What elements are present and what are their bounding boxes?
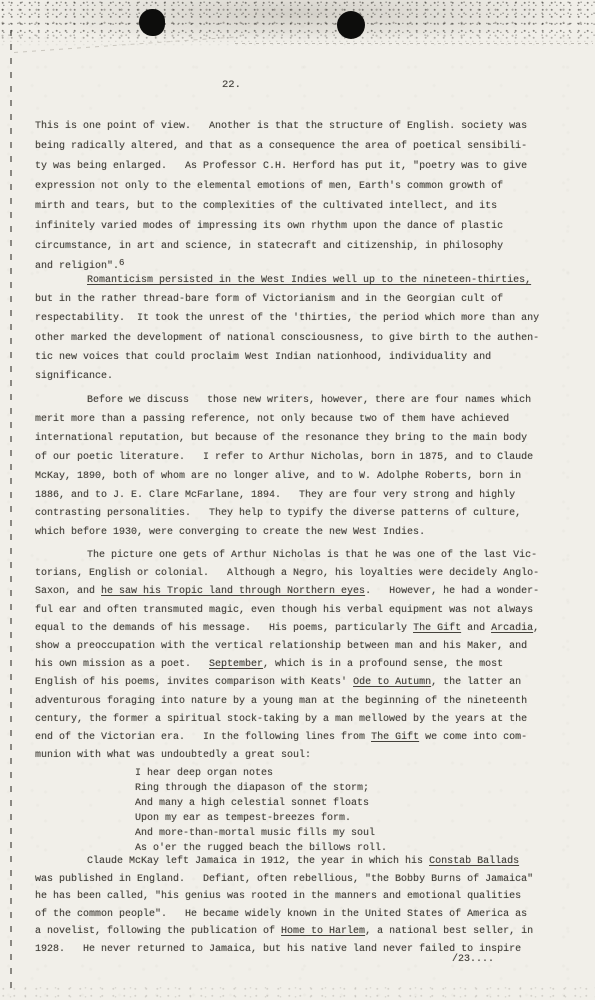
text-segment: end of the Victorian era. In the followi…	[35, 732, 371, 743]
paragraph: Romanticism persisted in the West Indies…	[35, 271, 552, 386]
text-segment: his own mission as a poet.	[35, 659, 209, 670]
text-line: Upon my ear as tempest-breezes form.	[135, 811, 595, 826]
text-segment: And many a high celestial sonnet floats	[135, 798, 369, 809]
underlined-text: The Gift	[371, 732, 419, 743]
paragraph: The picture one gets of Arthur Nicholas …	[35, 547, 552, 765]
text-line: century, the former a spiritual stock-ta…	[35, 711, 552, 729]
text-segment: expression not only to the elemental emo…	[35, 181, 503, 192]
text-line: mirth and tears, but to the complexities…	[35, 197, 552, 217]
text-segment: and	[461, 623, 491, 634]
page-number: 22.	[222, 79, 241, 91]
text-segment: This is one point of view. Another is th…	[35, 121, 527, 132]
text-segment: ,	[533, 623, 539, 634]
text-segment: respectability. It took the unrest of th…	[35, 313, 539, 324]
text-segment: Before we discuss those new writers, how…	[87, 395, 531, 406]
text-segment: international reputation, but because of…	[35, 433, 527, 444]
text-segment: of the common people". He became widely …	[35, 909, 527, 920]
text-segment: munion with what was undoubtedly a great…	[35, 750, 311, 761]
paragraph: This is one point of view. Another is th…	[35, 117, 552, 277]
text-line: was published in England. Defiant, often…	[35, 871, 552, 889]
underlined-text: Constab Ballads	[429, 856, 519, 867]
text-line: international reputation, but because of…	[35, 430, 552, 449]
page-edge-line-horizontal	[235, 43, 593, 44]
text-segment: The picture one gets of Arthur Nicholas …	[87, 550, 537, 561]
paragraph: Claude McKay left Jamaica in 1912, the y…	[35, 853, 552, 959]
text-segment: adventurous foraging into nature by a yo…	[35, 696, 527, 707]
text-line: Claude McKay left Jamaica in 1912, the y…	[35, 853, 552, 871]
text-segment: but in the rather thread-bare form of Vi…	[35, 294, 503, 305]
scan-noise-band	[0, 0, 595, 46]
text-segment: And more-than-mortal music fills my soul	[135, 828, 375, 839]
text-segment: , the latter an	[431, 677, 521, 688]
text-line: Saxon, and he saw his Tropic land throug…	[35, 583, 552, 601]
punch-hole-right	[337, 11, 365, 39]
text-segment: ful ear and often transmuted magic, even…	[35, 605, 533, 616]
text-segment: English of his poems, invites comparison…	[35, 677, 353, 688]
text-segment: being radically altered, and that as a c…	[35, 141, 527, 152]
text-segment: he has been called, "his genius was root…	[35, 891, 521, 902]
text-line: Before we discuss those new writers, how…	[35, 392, 552, 411]
text-line: ty was being enlarged. As Professor C.H.…	[35, 157, 552, 177]
text-line: munion with what was undoubtedly a great…	[35, 747, 552, 765]
text-segment: other marked the development of national…	[35, 333, 539, 344]
text-segment: significance.	[35, 371, 113, 382]
text-line: infinitely varied modes of impressing it…	[35, 217, 552, 237]
next-page-ref: /23....	[452, 954, 494, 965]
text-line: his own mission as a poet. September, wh…	[35, 656, 552, 674]
text-line: And more-than-mortal music fills my soul	[135, 826, 595, 841]
text-line: And many a high celestial sonnet floats	[135, 796, 595, 811]
text-line: merit more than a passing reference, not…	[35, 411, 552, 430]
text-segment: tic new voices that could proclaim West …	[35, 352, 491, 363]
poem-block: I hear deep organ notesRing through the …	[35, 766, 595, 856]
text-line: ful ear and often transmuted magic, even…	[35, 602, 552, 620]
torn-left-edge	[10, 30, 12, 988]
text-line: I hear deep organ notes	[135, 766, 595, 781]
text-line: being radically altered, and that as a c…	[35, 137, 552, 157]
text-line: This is one point of view. Another is th…	[35, 117, 552, 137]
text-segment: Saxon, and	[35, 586, 101, 597]
text-segment: 1928. He never returned to Jamaica, but …	[35, 944, 521, 955]
text-line: a novelist, following the publication of…	[35, 923, 552, 941]
text-line: of the common people". He became widely …	[35, 906, 552, 924]
text-line: The picture one gets of Arthur Nicholas …	[35, 547, 552, 565]
text-segment: equal to the demands of his message. His…	[35, 623, 413, 634]
text-segment: mirth and tears, but to the complexities…	[35, 201, 497, 212]
text-line: which before 1930, were converging to cr…	[35, 524, 552, 543]
text-segment: Claude McKay left Jamaica in 1912, the y…	[87, 856, 429, 867]
text-segment: contrasting personalities. They help to …	[35, 508, 521, 519]
text-segment: was published in England. Defiant, often…	[35, 874, 533, 885]
text-line: circumstance, in art and science, in sta…	[35, 237, 552, 257]
text-segment: we come into com-	[419, 732, 527, 743]
text-segment: 1886, and to J. E. Clare McFarlane, 1894…	[35, 490, 515, 501]
underlined-text: Home to Harlem	[281, 926, 365, 937]
underlined-text: Arcadia	[491, 623, 533, 634]
text-line: respectability. It took the unrest of th…	[35, 309, 552, 328]
scan-noise-bottom	[0, 986, 595, 1000]
scanned-page: 22. This is one point of view. Another i…	[0, 0, 595, 1000]
text-line: 1886, and to J. E. Clare McFarlane, 1894…	[35, 487, 552, 506]
text-line: Ring through the diapason of the storm;	[135, 781, 595, 796]
punch-hole-left	[139, 9, 165, 36]
text-line: English of his poems, invites comparison…	[35, 674, 552, 692]
text-segment: infinitely varied modes of impressing it…	[35, 221, 503, 232]
text-segment: century, the former a spiritual stock-ta…	[35, 714, 527, 725]
text-segment: show a preoccupation with the vertical r…	[35, 641, 527, 652]
text-line: show a preoccupation with the vertical r…	[35, 638, 552, 656]
text-line: expression not only to the elemental emo…	[35, 177, 552, 197]
text-segment: which before 1930, were converging to cr…	[35, 527, 425, 538]
underlined-text: The Gift	[413, 623, 461, 634]
text-line: McKay, 1890, both of whom are no longer …	[35, 468, 552, 487]
text-segment: . However, he had a wonder-	[365, 586, 539, 597]
text-segment: of our poetic literature. I refer to Art…	[35, 452, 533, 463]
text-line: he has been called, "his genius was root…	[35, 888, 552, 906]
text-line: adventurous foraging into nature by a yo…	[35, 693, 552, 711]
text-line: of our poetic literature. I refer to Art…	[35, 449, 552, 468]
text-segment: I hear deep organ notes	[135, 768, 273, 779]
text-segment: Upon my ear as tempest-breezes form.	[135, 813, 351, 824]
text-segment: a novelist, following the publication of	[35, 926, 281, 937]
underlined-text: September	[209, 659, 263, 670]
text-segment: torians, English or colonial. Although a…	[35, 568, 539, 579]
text-line: other marked the development of national…	[35, 329, 552, 348]
text-line: equal to the demands of his message. His…	[35, 620, 552, 638]
text-segment: circumstance, in art and science, in sta…	[35, 241, 503, 252]
text-segment: McKay, 1890, both of whom are no longer …	[35, 471, 521, 482]
text-line: end of the Victorian era. In the followi…	[35, 729, 552, 747]
underlined-text: Romanticism persisted in the West Indies…	[87, 275, 531, 286]
text-segment: Ring through the diapason of the storm;	[135, 783, 369, 794]
underlined-text: Ode to Autumn	[353, 677, 431, 688]
text-segment: merit more than a passing reference, not…	[35, 414, 509, 425]
text-line: but in the rather thread-bare form of Vi…	[35, 290, 552, 309]
text-line: contrasting personalities. They help to …	[35, 505, 552, 524]
text-segment: , which is in a profound sense, the most	[263, 659, 503, 670]
text-line: significance.	[35, 367, 552, 386]
paragraph: Before we discuss those new writers, how…	[35, 392, 552, 543]
footnote-marker: 6	[119, 258, 124, 268]
text-line: torians, English or colonial. Although a…	[35, 565, 552, 583]
text-line: tic new voices that could proclaim West …	[35, 348, 552, 367]
underlined-text: he saw his Tropic land through Northern …	[101, 586, 365, 597]
text-line: Romanticism persisted in the West Indies…	[35, 271, 552, 290]
text-segment: , a national best seller, in	[365, 926, 533, 937]
text-segment: ty was being enlarged. As Professor C.H.…	[35, 161, 527, 172]
